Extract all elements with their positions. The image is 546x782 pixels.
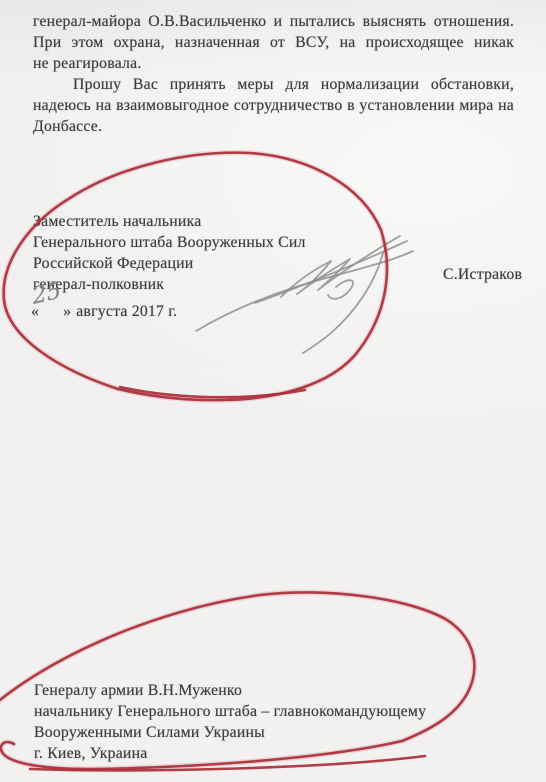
body-line: надеюсь на взаимовыгодное сотрудничество… xyxy=(33,95,514,116)
quote-close: » xyxy=(63,303,71,320)
body-line: При этом охрана, назначенная от ВСУ, на … xyxy=(33,32,514,53)
letter-body: генерал-майора О.В.Васильченко и пыталис… xyxy=(33,11,514,137)
body-line: генерал-майора О.В.Васильченко и пыталис… xyxy=(33,11,514,32)
recipient-line: начальнику Генерального штаба – главноко… xyxy=(34,701,494,722)
signature-title-line: Российской Федерации xyxy=(33,253,363,274)
recipient-block: Генералу армии В.Н.Муженко начальнику Ге… xyxy=(34,680,494,764)
recipient-line: Генералу армии В.Н.Муженко xyxy=(34,680,494,701)
body-line: Донбассе. xyxy=(33,116,514,137)
date-text: августа 2017 г. xyxy=(76,303,177,320)
signature-title-line: Генерального штаба Вооруженных Сил xyxy=(33,232,363,253)
scanned-letter-page: генерал-майора О.В.Васильченко и пыталис… xyxy=(0,0,546,782)
body-line: Прошу Вас принять меры для нормализации … xyxy=(33,74,514,95)
signature-title-line: Заместитель начальника xyxy=(33,211,363,232)
signature-title-line: генерал-полковник xyxy=(33,274,363,295)
recipient-line: г. Киев, Украина xyxy=(34,743,494,764)
signer-name: С.Истраков xyxy=(443,266,522,284)
recipient-line: Вооруженными Силами Украины xyxy=(34,722,494,743)
body-line: не реагировала. xyxy=(33,53,514,74)
signature-title-block: Заместитель начальника Генерального штаб… xyxy=(33,211,363,295)
